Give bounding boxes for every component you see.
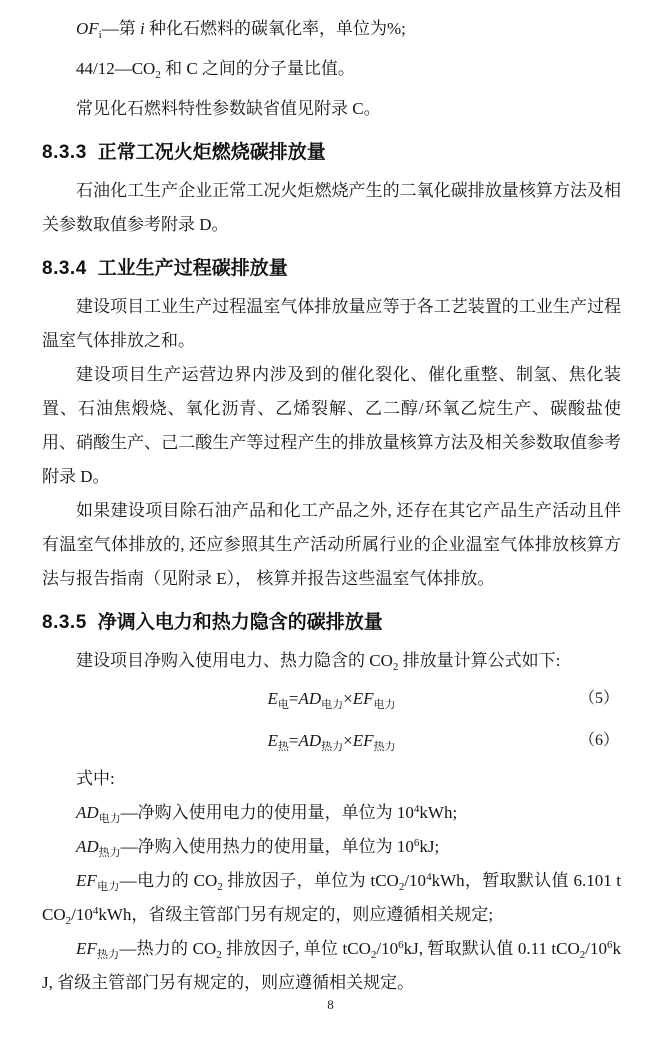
text-run: AD — [298, 689, 321, 708]
definition-line-oxidation-factor: OFi—第 i 种化石燃料的碳氧化率，单位为%; — [42, 12, 621, 46]
text-run: × — [343, 731, 353, 750]
text-run: 种化石燃料的碳氧化率，单位为%; — [145, 19, 406, 38]
text-run: 石油化工生产企业正常工况火炬燃烧产生的二氧化碳排放量核算方法及相关参数取值参考附… — [42, 181, 621, 234]
section-number: 8.3.5 — [42, 612, 87, 633]
text-run: kJ, 暂取默认值 0.11 tCO — [404, 939, 580, 958]
text-run: /10 — [404, 871, 426, 890]
definition-line-molecular-ratio: 44/12—CO2 和 C 之间的分子量比值。 — [42, 52, 621, 86]
text-run: AD — [76, 837, 99, 856]
section-number: 8.3.4 — [42, 258, 87, 279]
text-run: EF — [353, 731, 374, 750]
text-run: 44/12—CO — [76, 59, 155, 78]
equation-6: E热=AD热力×EF热力 （6） — [42, 720, 621, 762]
text-run: AD — [298, 731, 321, 750]
text-run: E — [267, 689, 277, 708]
equation-5: E电=AD电力×EF电力 （5） — [42, 678, 621, 720]
section-title: 工业生产过程碳排放量 — [98, 258, 288, 279]
text-run: 建设项目净购入使用电力、热力隐含的 CO — [76, 651, 393, 670]
where-label: 式中: — [42, 762, 621, 796]
text-run: × — [343, 689, 353, 708]
text-run: 热力 — [99, 847, 121, 859]
text-run: 建设项目工业生产过程温室气体排放量应等于各工艺装置的工业生产过程温室气体排放之和… — [42, 297, 621, 350]
text-run: kWh，省级主管部门另有规定的，则应遵循相关规定; — [98, 905, 493, 924]
section-title: 正常工况火炬燃烧碳排放量 — [98, 142, 326, 163]
text-run: EF — [76, 939, 97, 958]
text-run: /10 — [71, 905, 93, 924]
paragraph-flare-combustion: 石油化工生产企业正常工况火炬燃烧产生的二氧化碳排放量核算方法及相关参数取值参考附… — [42, 174, 621, 242]
text-run: —电力的 CO — [120, 871, 217, 890]
equation-6-formula: E热=AD热力×EF热力 — [267, 731, 395, 750]
text-run: kWh; — [419, 803, 457, 822]
definition-ef-electricity: EF电力—电力的 CO2 排放因子，单位为 tCO2/104kWh，暂取默认值 … — [42, 864, 621, 932]
section-heading-8-3-3: 8.3.3正常工况火炬燃烧碳排放量 — [42, 138, 621, 168]
text-run: 电 — [278, 699, 289, 711]
paragraph-industrial-process-sum: 建设项目工业生产过程温室气体排放量应等于各工艺装置的工业生产过程温室气体排放之和… — [42, 290, 621, 358]
text-run: —净购入使用电力的使用量，单位为 10 — [121, 803, 414, 822]
text-run: 排放因子, 单位 tCO — [222, 939, 371, 958]
text-run: 电力 — [99, 813, 121, 825]
text-run: AD — [76, 803, 99, 822]
paragraph-other-products: 如果建设项目除石油产品和化工产品之外, 还存在其它产品生产活动且伴有温室气体排放… — [42, 494, 621, 596]
document-page: OFi—第 i 种化石燃料的碳氧化率，单位为%; 44/12—CO2 和 C 之… — [0, 0, 661, 1043]
text-run: 电力 — [97, 881, 120, 893]
text-run: EF — [353, 689, 374, 708]
text-run: 式中: — [76, 769, 115, 788]
paragraph-purchased-energy-intro: 建设项目净购入使用电力、热力隐含的 CO2 排放量计算公式如下: — [42, 644, 621, 678]
text-run: 热力 — [97, 949, 120, 961]
text-run: kJ; — [419, 837, 439, 856]
text-run: EF — [76, 871, 97, 890]
text-run: OF — [76, 19, 99, 38]
text-run: —热力的 CO — [119, 939, 216, 958]
text-run: 和 C 之间的分子量比值。 — [161, 59, 355, 78]
text-run: 热 — [278, 741, 289, 753]
text-run: 电力 — [321, 699, 343, 711]
section-number: 8.3.3 — [42, 142, 87, 163]
definition-ef-heat: EF热力—热力的 CO2 排放因子, 单位 tCO2/106kJ, 暂取默认值 … — [42, 932, 621, 1000]
equation-6-number: （6） — [579, 720, 619, 762]
paragraph-process-list: 建设项目生产运营边界内涉及到的催化裂化、催化重整、制氢、焦化装置、石油焦煅烧、氧… — [42, 358, 621, 494]
note-default-values: 常见化石燃料特性参数缺省值见附录 C。 — [42, 92, 621, 126]
page-number: 8 — [0, 997, 661, 1013]
text-run: 排放量计算公式如下: — [398, 651, 560, 670]
definition-ad-heat: AD热力—净购入使用热力的使用量，单位为 106kJ; — [42, 830, 621, 864]
text-run: E — [267, 731, 277, 750]
text-run: 如果建设项目除石油产品和化工产品之外, 还存在其它产品生产活动且伴有温室气体排放… — [42, 501, 621, 588]
section-heading-8-3-4: 8.3.4工业生产过程碳排放量 — [42, 254, 621, 284]
section-heading-8-3-5: 8.3.5净调入电力和热力隐含的碳排放量 — [42, 608, 621, 638]
text-run: 电力 — [374, 699, 396, 711]
text-run: 热力 — [321, 741, 343, 753]
text-run: —第 — [102, 19, 140, 38]
text-run: 热力 — [374, 741, 396, 753]
section-title: 净调入电力和热力隐含的碳排放量 — [98, 612, 383, 633]
equation-5-number: （5） — [579, 678, 619, 720]
text-run: /10 — [585, 939, 607, 958]
text-run: 排放因子，单位为 tCO — [223, 871, 399, 890]
equation-5-formula: E电=AD电力×EF电力 — [267, 689, 395, 708]
definition-ad-electricity: AD电力—净购入使用电力的使用量，单位为 104kWh; — [42, 796, 621, 830]
text-run: 建设项目生产运营边界内涉及到的催化裂化、催化重整、制氢、焦化装置、石油焦煅烧、氧… — [42, 365, 621, 486]
text-run: 常见化石燃料特性参数缺省值见附录 C。 — [76, 99, 381, 118]
text-run: /10 — [376, 939, 398, 958]
text-run: —净购入使用热力的使用量，单位为 10 — [121, 837, 414, 856]
